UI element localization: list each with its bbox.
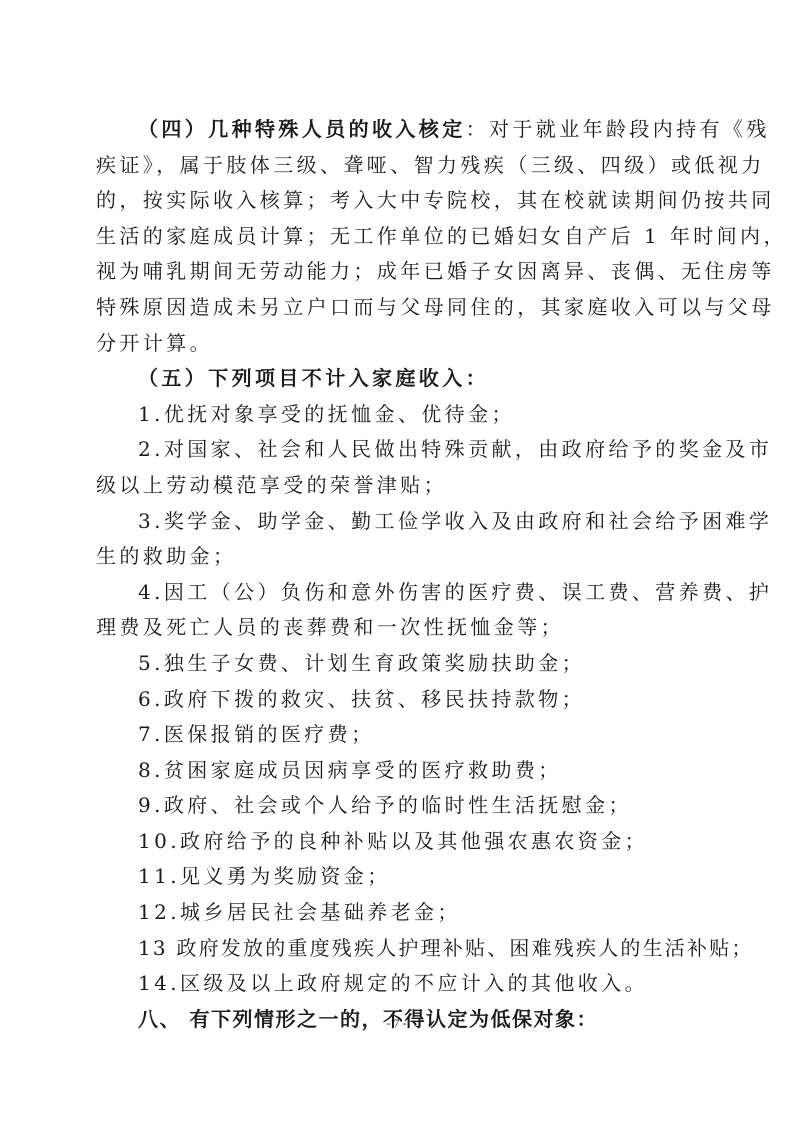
list-item: 8.贫困家庭成员因病享受的医疗救助费； (96, 753, 714, 789)
list-item: 14.区级及以上政府规定的不应计入的其他收入。 (96, 966, 714, 1002)
page-number: - 7 - (0, 1016, 793, 1031)
list-item-continuation: 级以上劳动模范享受的荣誉津贴； (96, 468, 714, 504)
list-item: 6.政府下拨的救灾、扶贫、移民扶持款物； (96, 682, 714, 718)
section-four-text: ：对于就业年龄段内持有《残 (466, 117, 770, 141)
section-four-heading: （四）几种特殊人员的收入核定 (138, 117, 466, 141)
list-item: 5.独生子女费、计划生育政策奖励扶助金； (96, 646, 714, 682)
section-four-line: 疾证》，属于肢体三级、聋哑、智力残疾（三级、四级）或低视力 (96, 148, 714, 184)
list-item-continuation: 理费及死亡人员的丧葬费和一次性抚恤金等； (96, 610, 714, 646)
document-body: （四）几种特殊人员的收入核定：对于就业年龄段内持有《残 疾证》，属于肢体三级、聋… (96, 112, 714, 1037)
list-item: 7.医保报销的医疗费； (96, 717, 714, 753)
list-item: 11.见义勇为奖励资金； (96, 859, 714, 895)
section-four-line: 视为哺乳期间无劳动能力；成年已婚子女因离异、丧偶、无住房等 (96, 254, 714, 290)
list-item: 1.优抚对象享受的抚恤金、优待金； (96, 397, 714, 433)
list-item: 13 政府发放的重度残疾人护理补贴、困难残疾人的生活补贴； (96, 931, 714, 967)
list-item: 12.城乡居民社会基础养老金； (96, 895, 714, 931)
list-item-continuation: 生的救助金； (96, 539, 714, 575)
list-item: 10.政府给予的良种补贴以及其他强农惠农资金； (96, 824, 714, 860)
section-four-line: 特殊原因造成未另立户口而与父母同住的，其家庭收入可以与父母 (96, 290, 714, 326)
list-item: 9.政府、社会或个人给予的临时性生活抚慰金； (96, 788, 714, 824)
section-four-line: 的，按实际收入核算；考入大中专院校，其在校就读期间仍按共同 (96, 183, 714, 219)
list-item: 2.对国家、社会和人民做出特殊贡献，由政府给予的奖金及市 (96, 432, 714, 468)
section-four-line: 生活的家庭成员计算；无工作单位的已婚妇女自产后 1 年时间内， (96, 219, 714, 255)
list-item: 3.奖学金、助学金、勤工俭学收入及由政府和社会给予困难学 (96, 504, 714, 540)
section-five-heading: （五）下列项目不计入家庭收入： (96, 361, 714, 397)
list-item: 4.因工（公）负伤和意外伤害的医疗费、误工费、营养费、护 (96, 575, 714, 611)
section-four-first-line: （四）几种特殊人员的收入核定：对于就业年龄段内持有《残 (96, 112, 714, 148)
section-four-line: 分开计算。 (96, 326, 714, 362)
document-page: （四）几种特殊人员的收入核定：对于就业年龄段内持有《残 疾证》，属于肢体三级、聋… (0, 0, 793, 1122)
